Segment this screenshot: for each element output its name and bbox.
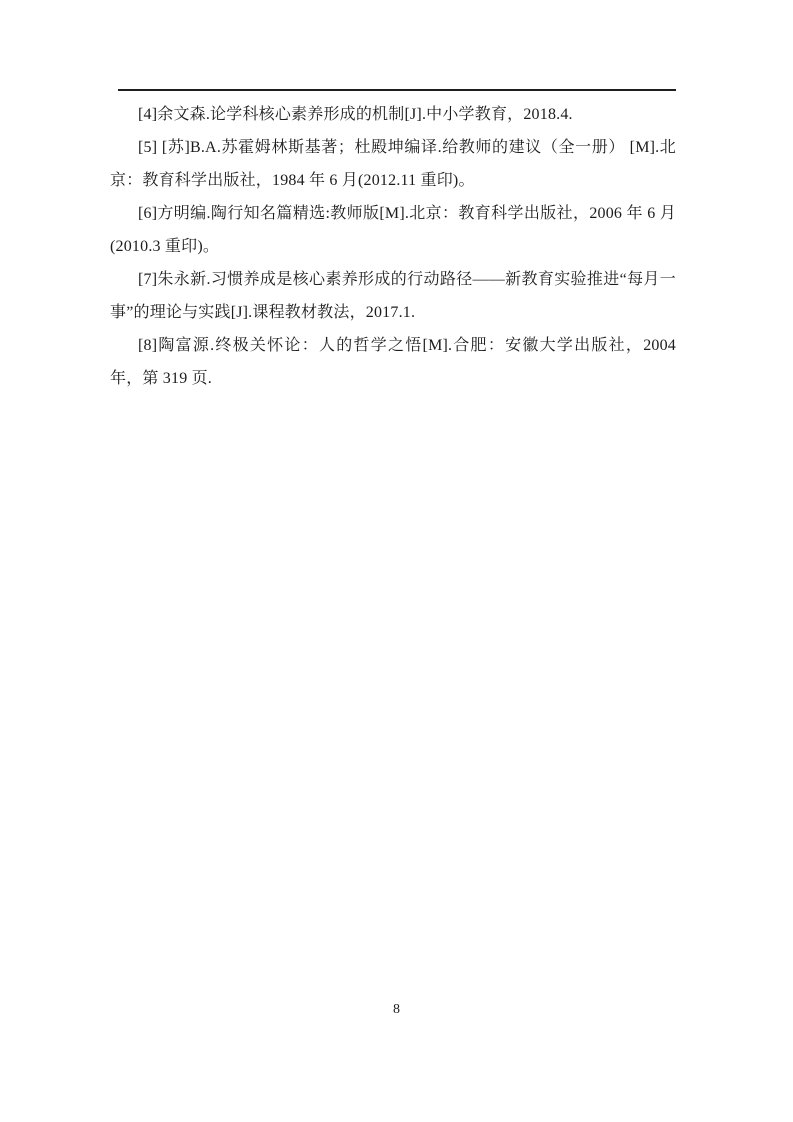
reference-item-4: [4]余文森.论学科核心素养形成的机制[J].中小学教育，2018.4. xyxy=(110,98,676,131)
document-page: [4]余文森.论学科核心素养形成的机制[J].中小学教育，2018.4. [5]… xyxy=(0,0,793,1122)
reference-item-7: [7]朱永新.习惯养成是核心素养形成的行动路径——新教育实验推进“每月一事”的理… xyxy=(110,263,676,329)
page-number: 8 xyxy=(0,1001,793,1019)
header-separator-line xyxy=(118,89,676,91)
reference-item-6: [6]方明编.陶行知名篇精选:教师版[M].北京：教育科学出版社，2006 年 … xyxy=(110,197,676,263)
reference-item-8: [8]陶富源.终极关怀论：人的哲学之悟[M].合肥：安徽大学出版社，2004 年… xyxy=(110,329,676,395)
reference-item-5: [5] [苏]B.A.苏霍姆林斯基著；杜殿坤编译.给教师的建议（全一册） [M]… xyxy=(110,131,676,197)
references-section: [4]余文森.论学科核心素养形成的机制[J].中小学教育，2018.4. [5]… xyxy=(110,98,676,395)
